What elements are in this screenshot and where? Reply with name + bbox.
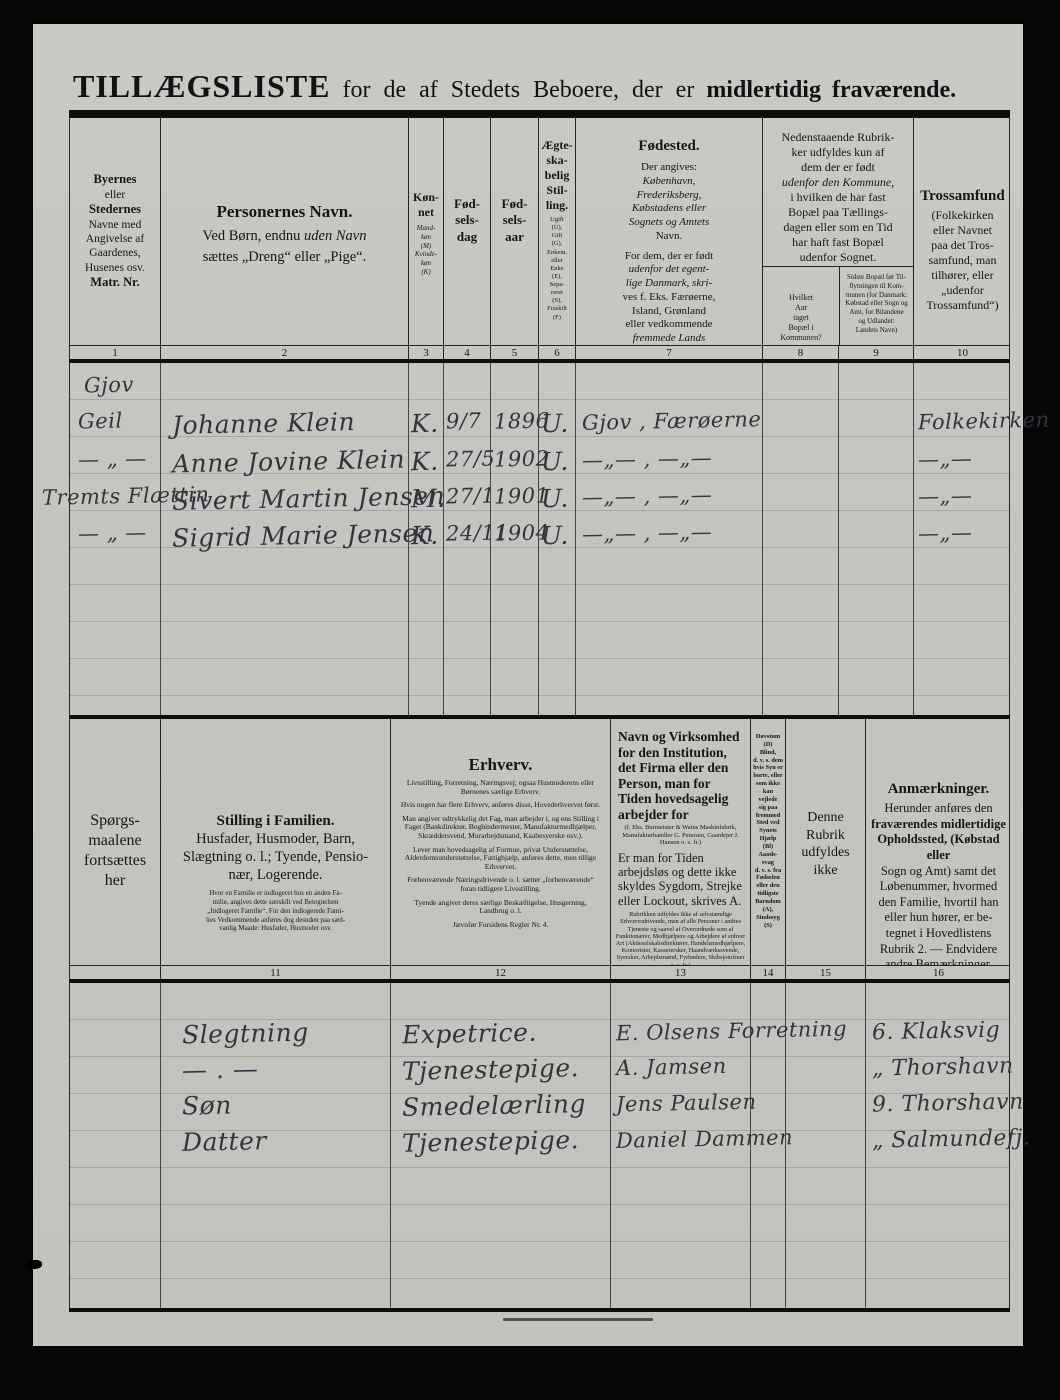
col-number: 5 <box>490 346 538 360</box>
scanned-census-page: { "title": { "main": "TILLÆGSLISTE", "mi… <box>0 0 1060 1400</box>
handwritten-employer: E. Olsens Forretning <box>616 1017 847 1046</box>
col-number: 12 <box>390 966 610 980</box>
col12-header-occupation: Erhverv. Livsstilling, Forretning, Nærin… <box>390 719 610 965</box>
col2-line2: sættes „Dreng“ eller „Pige“. <box>163 247 406 268</box>
handwritten-family-position: Søn <box>182 1090 232 1120</box>
handwritten-creed: —„— <box>918 446 973 471</box>
page-title: TILLÆGSLISTE for de af Stedets Beboere, … <box>73 68 983 105</box>
col-number: 4 <box>443 346 490 360</box>
col7-paragraph1: Der angives:København,Frederiksberg,Købs… <box>578 161 760 244</box>
col12-paragraph: Tyende angiver deres særlige Beskæftigel… <box>399 899 602 916</box>
col13-smallprint: Rubrikken udfyldes ikke af selvstændige … <box>613 911 748 965</box>
column-divider <box>575 363 576 715</box>
col-number: 13 <box>610 966 750 980</box>
col12-paragraph: Livsstilling, Forretning, Næringsvej; og… <box>399 779 602 796</box>
table1-header: ByernesellerStedernesNavne medAngivelse … <box>69 115 1010 345</box>
handwritten-remark: 6. Klaksvig <box>872 1018 1001 1046</box>
col14-header-disabilities: Døvstum(D)Blind,d. v. s. demhvis Syn erb… <box>750 719 785 965</box>
col4-header-birthday: Fød-sels-dag <box>443 118 490 345</box>
col5-header-birthyear: Fød-sels-aar <box>490 118 538 345</box>
handwritten-birthplace: —„— , —„— <box>582 483 713 510</box>
col8-subheader: HvilketAartagetBopæl iKommunen? <box>763 267 839 345</box>
title-mid: for de af Stedets Beboere, der er <box>342 77 694 103</box>
handwritten-place: — „ — <box>78 520 147 545</box>
col12-paragraph: Jævnfør Forsidens Regler Nr. 4. <box>399 921 602 930</box>
handwritten-employer: Jens Paulsen <box>616 1090 757 1117</box>
handwritten-sex: M. <box>411 484 446 514</box>
col1-header-text: ByernesellerStedernesNavne medAngivelse … <box>72 124 158 291</box>
col2-line1-pre: Ved Børn, endnu <box>203 228 305 244</box>
ink-speck <box>26 1260 42 1269</box>
col-number: 10 <box>913 346 1011 360</box>
col-number: 6 <box>538 346 575 360</box>
column-divider <box>390 983 391 1308</box>
col-number: 1 <box>70 346 160 360</box>
col8-9-subheaders: HvilketAartagetBopæl iKommunen? Sidste B… <box>763 266 913 345</box>
handwritten-sex: K. <box>411 447 439 477</box>
col11-text: Husfader, Husmoder, Barn,Slægtning o. l.… <box>163 830 388 884</box>
table2-column-numbers: 11 12 13 14 15 16 <box>69 965 1010 983</box>
census-form: ByernesellerStedernesNavne medAngivelse … <box>69 115 1010 1312</box>
col2-subtitle: Ved Børn, endnu uden Navn sættes „Dreng“… <box>163 226 406 268</box>
handwritten-remark: „ Salmundefj. <box>872 1125 1031 1153</box>
col2-line1-italic: uden Navn <box>304 228 366 244</box>
col-number: 14 <box>750 966 785 980</box>
col10-title: Trossamfund <box>916 188 1009 205</box>
handwritten-name: Johanne Klein <box>172 407 356 440</box>
handwritten-creed: Folkekirken <box>918 408 1050 435</box>
bottom-rule <box>69 1308 1010 1312</box>
table2-header: Spørgs-maalenefortsættesher Stilling i F… <box>69 715 1010 965</box>
handwritten-employer: A. Jamsen <box>616 1054 727 1080</box>
col-number: 11 <box>160 966 390 980</box>
col8-9-merged-note: Nedenstaaende Rubrik-ker udfyldes kun af… <box>763 118 913 266</box>
handwritten-marital: U. <box>541 409 569 439</box>
handwritten-place: — „ — <box>78 446 147 471</box>
col13-lead-small: (f. Eks. Burmeister & Wains Maskinfabrik… <box>613 824 748 847</box>
col3-header-sex: Køn-net Mand-køn(M)Kvinde-køn(K) <box>408 118 443 345</box>
col7-header-birthplace: Fødested. Der angives:København,Frederik… <box>575 118 762 345</box>
col-number: 7 <box>575 346 762 360</box>
col3-small: Mand-køn(M)Kvinde-køn(K) <box>411 224 441 277</box>
col-number: 2 <box>160 346 408 360</box>
col10-header-creed: Trossamfund (Folkekirkeneller Navnetpaa … <box>913 118 1011 345</box>
handwritten-birthplace: —„— , —„— <box>582 446 713 473</box>
handwritten-marital: U. <box>541 447 569 477</box>
col12-paragraph: Forhenværende Næringsdrivende o. l. sætt… <box>399 876 602 893</box>
col16-title: Anmærkninger. <box>868 781 1009 798</box>
column-divider <box>762 363 763 715</box>
title-main: TILLÆGSLISTE <box>73 68 330 104</box>
col14-text: Døvstum(D)Blind,d. v. s. demhvis Syn erb… <box>753 725 783 929</box>
handwritten-occupation: Smedelærling <box>402 1089 587 1122</box>
handwritten-family-position: — . — <box>182 1054 259 1085</box>
title-tail: midlertidig fraværende. <box>706 77 956 103</box>
handwritten-birthday: 27/5 <box>446 446 496 471</box>
stub-text: Spørgs-maalenefortsættesher <box>72 725 158 891</box>
col-number: 9 <box>838 346 913 360</box>
col6-title: Ægte-ska-beligStil-ling. <box>541 138 573 213</box>
column-divider <box>610 983 611 1308</box>
handwritten-occupation: Expetrice. <box>402 1018 537 1050</box>
table2-data-area: Slegtning Expetrice. E. Olsens Forretnin… <box>69 983 1010 1308</box>
col12-paragraph: Lever man hovedsagelig af Formue, privat… <box>399 846 602 872</box>
handwritten-employer: Daniel Dammen <box>616 1125 794 1153</box>
paper-sheet: TILLÆGSLISTE for de af Stedets Beboere, … <box>33 24 1023 1346</box>
col4-title: Fød-sels-dag <box>446 124 488 245</box>
handwritten-creed: —„— <box>918 483 973 508</box>
handwritten-place: Gjov <box>84 372 134 397</box>
handwritten-place: Geil <box>78 409 123 434</box>
col5-title: Fød-sels-aar <box>493 124 536 245</box>
table1-column-numbers: 1 2 3 4 5 6 7 8 9 10 <box>69 345 1010 363</box>
handwritten-remark: „ Thorshavn <box>872 1054 1014 1082</box>
col12-paragraph: Man angiver udtrykkelig det Fag, man arb… <box>399 815 602 841</box>
column-divider <box>838 363 839 715</box>
col11-smallprint: Hvor en Familie er indlogeret hos en and… <box>163 889 388 933</box>
col16-text: Herunder anføres denfraværendes midlerti… <box>868 801 1009 965</box>
handwritten-sex: K. <box>411 521 439 551</box>
table1-data-area: Gjov Geil Johanne Klein K. 9/7 1896 U. G… <box>69 363 1010 715</box>
col2-title: Personernes Navn. <box>163 202 406 222</box>
col2-header-name: Personernes Navn. Ved Børn, endnu uden N… <box>160 118 408 345</box>
col11-title: Stilling i Familien. <box>163 813 388 830</box>
col7-paragraph2: For dem, der er fødtudenfor det egent-li… <box>578 250 760 346</box>
col15-header-unused: DenneRubrikudfyldesikke <box>785 719 865 965</box>
handwritten-name: Anne Jovine Klein <box>172 445 406 479</box>
column-divider <box>913 363 914 715</box>
handwritten-birthday: 27/1 <box>446 483 496 508</box>
col16-header-remarks: Anmærkninger. Herunder anføres denfravær… <box>865 719 1011 965</box>
column-divider <box>865 983 866 1308</box>
col13-header-employer: Navn og Virksomhed for den Institution, … <box>610 719 750 965</box>
stub-note: Spørgs-maalenefortsættesher <box>70 719 160 965</box>
col6-header-marital: Ægte-ska-beligStil-ling. Ugift(U),Gift(G… <box>538 118 575 345</box>
handwritten-marital: U. <box>541 521 569 551</box>
col8-9-header-group: Nedenstaaende Rubrik-ker udfyldes kun af… <box>762 118 913 345</box>
col-number <box>70 966 160 980</box>
col3-title: Køn-net <box>411 190 441 220</box>
col6-small: Ugift(U),Gift(G),Enkem.ellerEnke(E),Sepa… <box>541 216 573 322</box>
handwritten-name: Sigrid Marie Jensen <box>172 518 435 552</box>
handwritten-family-position: Datter <box>182 1126 267 1157</box>
col13-lead: Navn og Virksomhed for den Institution, … <box>613 725 748 822</box>
handwritten-birthday: 9/7 <box>446 409 482 434</box>
col9-subheader: Sidste Bopæl før Til-flytningen til Kom-… <box>839 267 913 345</box>
printer-imprint-illegible <box>503 1318 653 1321</box>
col11-header-family-position: Stilling i Familien. Husfader, Husmoder,… <box>160 719 390 965</box>
col10-text: (Folkekirkeneller Navnetpaa det Tros-sam… <box>916 208 1009 313</box>
handwritten-birthplace: —„— , —„— <box>582 520 713 547</box>
handwritten-name: Sivert Martin Jensen <box>172 481 446 516</box>
column-divider <box>160 363 161 715</box>
col7-title: Fødested. <box>578 138 760 155</box>
handwritten-birthplace: Gjov , Færøerne <box>582 407 762 435</box>
col15-text: DenneRubrikudfyldesikke <box>788 725 863 879</box>
handwritten-sex: K. <box>411 409 439 439</box>
handwritten-occupation: Tjenestepige. <box>402 1053 580 1086</box>
column-divider <box>443 363 444 715</box>
handwritten-creed: —„— <box>918 520 973 545</box>
col-number: 15 <box>785 966 865 980</box>
handwritten-marital: U. <box>541 484 569 514</box>
handwritten-occupation: Tjenestepige. <box>402 1125 580 1158</box>
col12-title: Erhverv. <box>393 755 608 775</box>
col13-mid: Er man for Tiden arbejdsløs og dette ikk… <box>613 847 748 909</box>
col-number: 8 <box>762 346 838 360</box>
handwritten-family-position: Slegtning <box>182 1018 309 1050</box>
column-divider <box>160 983 161 1308</box>
col-number: 3 <box>408 346 443 360</box>
col1-header-place: ByernesellerStedernesNavne medAngivelse … <box>70 118 160 345</box>
col-number: 16 <box>865 966 1011 980</box>
handwritten-remark: 9. Thorshavn <box>872 1089 1024 1117</box>
col12-paragraph: Hvis nogen har flere Erhverv, anføres di… <box>399 801 602 810</box>
